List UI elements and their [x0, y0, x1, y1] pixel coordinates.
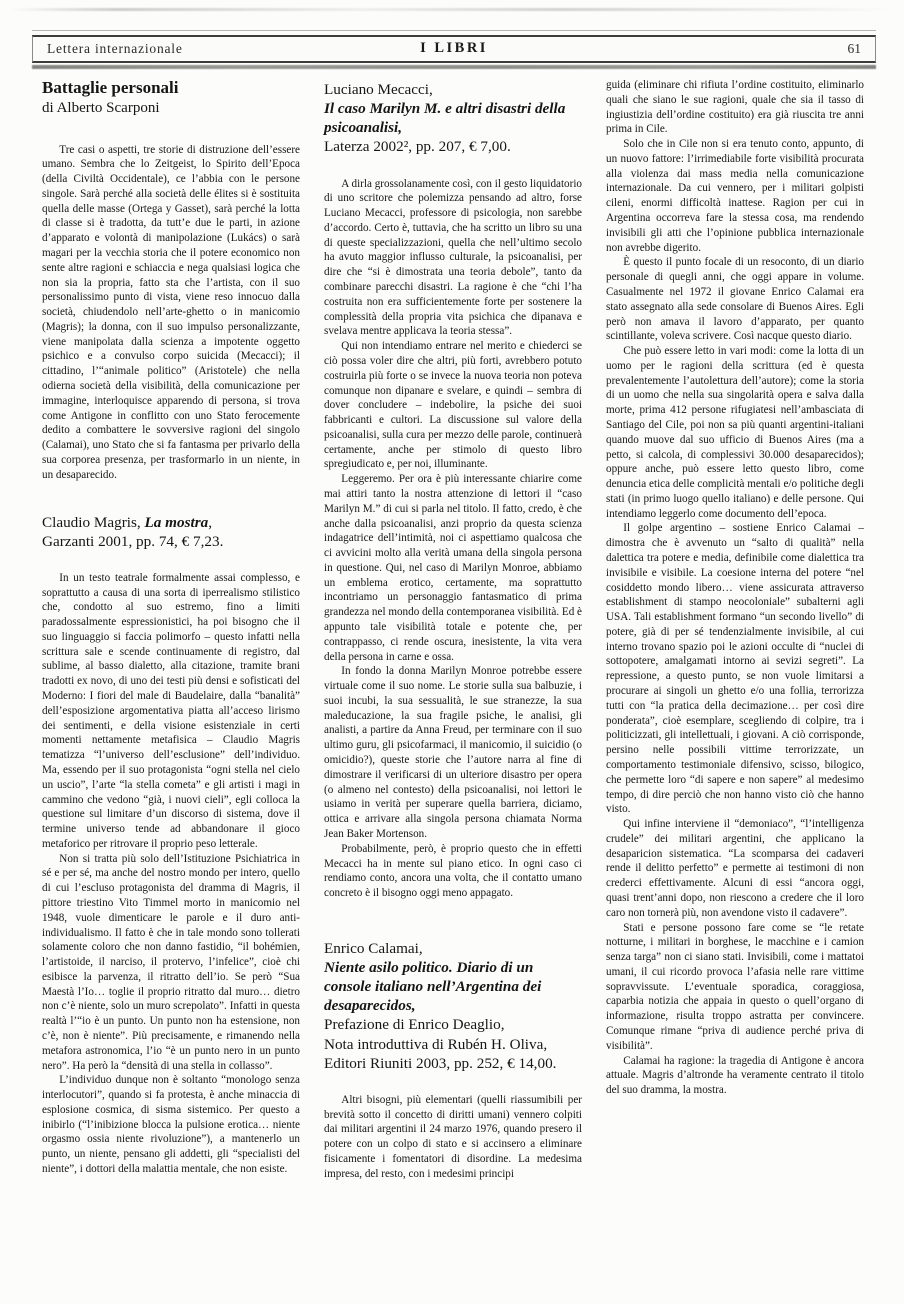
column-2: Luciano Mecacci,Il caso Marilyn M. e alt… [324, 78, 582, 1296]
book-heading-calamai: Enrico Calamai,Niente asilo politico. Di… [324, 939, 582, 1073]
book-title: Il caso Marilyn M. e altri disastri dell… [324, 100, 565, 136]
book-note: Prefazione di Enrico Deaglio, [324, 1016, 505, 1033]
book-author: Claudio Magris, [42, 514, 145, 531]
paragraph: Solo che in Cile non si era tenuto conto… [606, 137, 864, 255]
paragraph: In fondo la donna Marilyn Monroe potrebb… [324, 664, 582, 841]
paragraph: In un testo teatrale formalmente assai c… [42, 571, 300, 852]
book-heading-magris: Claudio Magris, La mostra,Garzanti 2001,… [42, 513, 300, 551]
column-1: Battaglie personali di Alberto Scarponi … [42, 78, 300, 1296]
paragraph: Il golpe argentino – sostiene Enrico Cal… [606, 521, 864, 817]
three-column-body: Battaglie personali di Alberto Scarponi … [42, 78, 864, 1296]
article-byline: di Alberto Scarponi [42, 99, 300, 117]
page-masthead: Lettera internazionale I LIBRI 61 [32, 30, 876, 69]
book-heading-mecacci: Luciano Mecacci,Il caso Marilyn M. e alt… [324, 80, 582, 157]
masthead-outer-rule [32, 30, 876, 31]
paragraph: Probabilmente, però, è proprio questo ch… [324, 842, 582, 901]
book-note: Nota introduttiva di Rubén H. Oliva, [324, 1036, 547, 1053]
article-title: Battaglie personali [42, 78, 300, 98]
paragraph: Che può essere letto in vari modi: come … [606, 344, 864, 521]
masthead-bar: Lettera internazionale I LIBRI 61 [32, 35, 876, 63]
paragraph: Leggeremo. Per ora è più interessante ch… [324, 472, 582, 664]
column-3: guida (eliminare chi rifiuta l’ordine co… [606, 78, 864, 1296]
book-title-suffix: , [208, 514, 212, 531]
paragraph-continuation: guida (eliminare chi rifiuta l’ordine co… [606, 78, 864, 137]
masthead-shadow-rule [32, 65, 876, 69]
paragraph: Non si tratta più solo dell’Istituzione … [42, 852, 300, 1074]
paragraph: Calamai ha ragione: la tragedia di Antig… [606, 1054, 864, 1098]
paragraph: Stati e persone possono fare come se “le… [606, 921, 864, 1054]
paragraph: Tre casi o aspetti, tre storie di distru… [42, 143, 300, 483]
book-publisher: Laterza 2002², pp. 207, € 7,00. [324, 138, 511, 155]
magazine-page-scan: Lettera internazionale I LIBRI 61 Battag… [0, 0, 904, 1304]
paragraph: È questo il punto focale di un resoconto… [606, 255, 864, 344]
paragraph: L’individuo dunque non è soltanto “monol… [42, 1073, 300, 1176]
paragraph: A dirla grossolanamente così, con il ges… [324, 177, 582, 340]
section-title: I LIBRI [317, 40, 591, 57]
paragraph: Qui infine interviene il “demoniaco”, “l… [606, 817, 864, 920]
book-publisher: Editori Riuniti 2003, pp. 252, € 14,00. [324, 1055, 556, 1072]
book-author: Enrico Calamai, [324, 940, 423, 957]
book-title: La mostra [145, 514, 209, 531]
book-publisher: Garzanti 2001, pp. 74, € 7,23. [42, 533, 223, 550]
paragraph: Altri bisogni, più elementari (quelli ri… [324, 1093, 582, 1182]
paragraph: Qui non intendiamo entrare nel merito e … [324, 339, 582, 472]
scan-artifact-line [10, 8, 894, 11]
book-author: Luciano Mecacci, [324, 81, 433, 98]
journal-name: Lettera internazionale [47, 41, 317, 57]
book-title: Niente asilo politico. Diario di un cons… [324, 959, 541, 1014]
page-number: 61 [591, 41, 861, 57]
